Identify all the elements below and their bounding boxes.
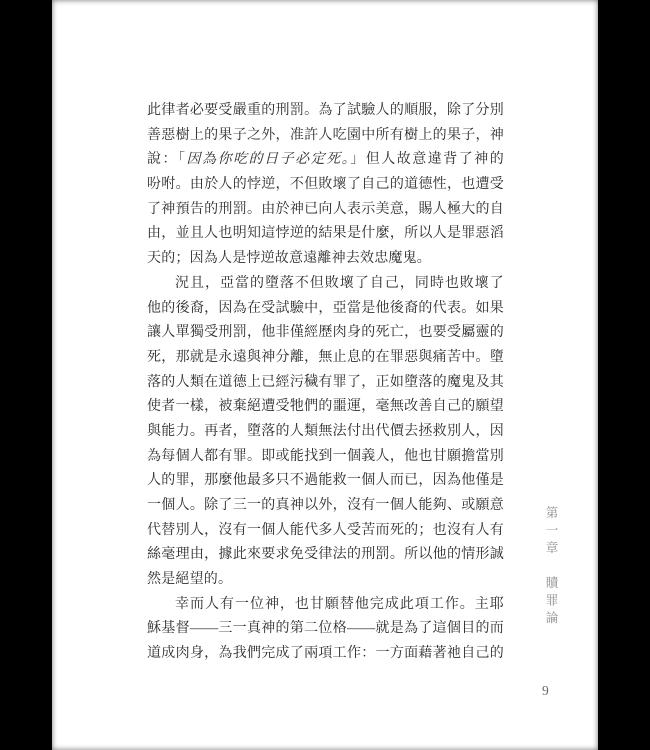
text-line: 使者一樣，被棄絕遭受牠們的噩運，毫無改善自己的願望 <box>147 395 504 420</box>
chapter-sidebar-label: 第一章 贖罪論 <box>542 506 560 629</box>
text-line: 人的罪，那麼他最多只不過能救一個人而已，因為他僅是 <box>147 469 504 494</box>
text-segment: 況且，亞當的墮落不但敗壞了自己，同時也敗壞了 <box>175 276 504 291</box>
text-line: 天的；因為人是悖逆故意遠離神去效忠魔鬼。 <box>147 247 504 272</box>
text-line: 了神預告的刑罰。由於神已向人表示美意，賜人極大的自 <box>147 198 504 223</box>
text-line: 死，那就是永遠與神分離，無止息的在罪惡與痛苦中。墮 <box>147 346 504 371</box>
text-segment: 他的後裔，因為在受試驗中，亞當是他後裔的代表。如果 <box>147 301 504 316</box>
text-line: 幸而人有一位神，也甘願替他完成此項工作。主耶 <box>147 593 504 618</box>
scripture-quote: 因為你吃的日子必定死。 <box>187 152 351 167</box>
text-segment: 使者一樣，被棄絕遭受牠們的噩運，毫無改善自己的願望 <box>147 399 504 414</box>
body-text-block: 此律者必要受嚴重的刑罰。為了試驗人的順服，除了分別善惡樹上的果子之外，准許人吃園… <box>147 99 504 667</box>
text-line: 然是絕望的。 <box>147 568 504 593</box>
text-line: 由，並且人也明知這悖逆的結果是什麼，所以人是罪惡滔 <box>147 222 504 247</box>
text-segment: 道成肉身，為我們完成了兩項工作：一方面藉著祂自己的 <box>147 646 504 661</box>
text-segment: 絲毫理由，據此來要求免受律法的刑罰。所以他的情形誠 <box>147 547 504 562</box>
text-line: 說：「因為你吃的日子必定死。」但人故意違背了神的 <box>147 148 504 173</box>
text-line: 此律者必要受嚴重的刑罰。為了試驗人的順服，除了分別 <box>147 99 504 124</box>
text-line: 為每個人都有罪。即或能找到一個義人，他也甘願擔當別 <box>147 445 504 470</box>
text-segment: 幸而人有一位神，也甘願替他完成此項工作。主耶 <box>175 597 504 612</box>
text-segment: 代替別人，沒有一個人能代多人受苦而死的；也沒有人有 <box>147 523 504 538</box>
text-line: 穌基督——三一真神的第二位格——就是為了這個目的而 <box>147 617 504 642</box>
text-line: 況且，亞當的墮落不但敗壞了自己，同時也敗壞了 <box>147 272 504 297</box>
text-segment: 」但人故意違背了神的 <box>350 152 504 167</box>
text-line: 代替別人，沒有一個人能代多人受苦而死的；也沒有人有 <box>147 519 504 544</box>
text-line: 吩咐。由於人的悖逆，不但敗壞了自己的道德性，也遭受 <box>147 173 504 198</box>
text-segment: 此律者必要受嚴重的刑罰。為了試驗人的順服，除了分別 <box>147 103 504 118</box>
text-line: 他的後裔，因為在受試驗中，亞當是他後裔的代表。如果 <box>147 297 504 322</box>
text-segment: 穌基督——三一真神的第二位格——就是為了這個目的而 <box>147 621 504 636</box>
text-segment: 天的；因為人是悖逆故意遠離神去效忠魔鬼。 <box>147 251 431 266</box>
text-line: 與能力。再者，墮落的人類無法付出代價去拯救別人，因 <box>147 420 504 445</box>
text-segment: 一個人。除了三一的真神以外，沒有一個人能夠、或願意 <box>147 498 504 513</box>
text-segment: 了神預告的刑罰。由於神已向人表示美意，賜人極大的自 <box>147 202 504 217</box>
text-segment: 說：「 <box>147 152 187 167</box>
text-line: 絲毫理由，據此來要求免受律法的刑罰。所以他的情形誠 <box>147 543 504 568</box>
text-segment: 與能力。再者，墮落的人類無法付出代價去拯救別人，因 <box>147 424 504 439</box>
text-segment: 吩咐。由於人的悖逆，不但敗壞了自己的道德性，也遭受 <box>147 177 504 192</box>
page-number: 9 <box>542 683 549 699</box>
text-segment: 由，並且人也明知這悖逆的結果是什麼，所以人是罪惡滔 <box>147 226 504 241</box>
book-page: 此律者必要受嚴重的刑罰。為了試驗人的順服，除了分別善惡樹上的果子之外，准許人吃園… <box>52 0 598 750</box>
text-line: 善惡樹上的果子之外，准許人吃園中所有樹上的果子，神 <box>147 124 504 149</box>
text-segment: 為每個人都有罪。即或能找到一個義人，他也甘願擔當別 <box>147 449 504 464</box>
text-line: 讓人單獨受刑罰，他非僅經歷肉身的死亡，也要受屬靈的 <box>147 321 504 346</box>
text-line: 落的人類在道德上已經污穢有罪了，正如墮落的魔鬼及其 <box>147 371 504 396</box>
text-segment: 然是絕望的。 <box>147 572 232 587</box>
text-line: 一個人。除了三一的真神以外，沒有一個人能夠、或願意 <box>147 494 504 519</box>
text-segment: 讓人單獨受刑罰，他非僅經歷肉身的死亡，也要受屬靈的 <box>147 325 504 340</box>
text-segment: 死，那就是永遠與神分離，無止息的在罪惡與痛苦中。墮 <box>147 350 504 365</box>
text-segment: 人的罪，那麼他最多只不過能救一個人而已，因為他僅是 <box>147 473 504 488</box>
text-segment: 落的人類在道德上已經污穢有罪了，正如墮落的魔鬼及其 <box>147 375 504 390</box>
text-segment: 善惡樹上的果子之外，准許人吃園中所有樹上的果子，神 <box>147 128 504 143</box>
text-line: 道成肉身，為我們完成了兩項工作：一方面藉著祂自己的 <box>147 642 504 667</box>
